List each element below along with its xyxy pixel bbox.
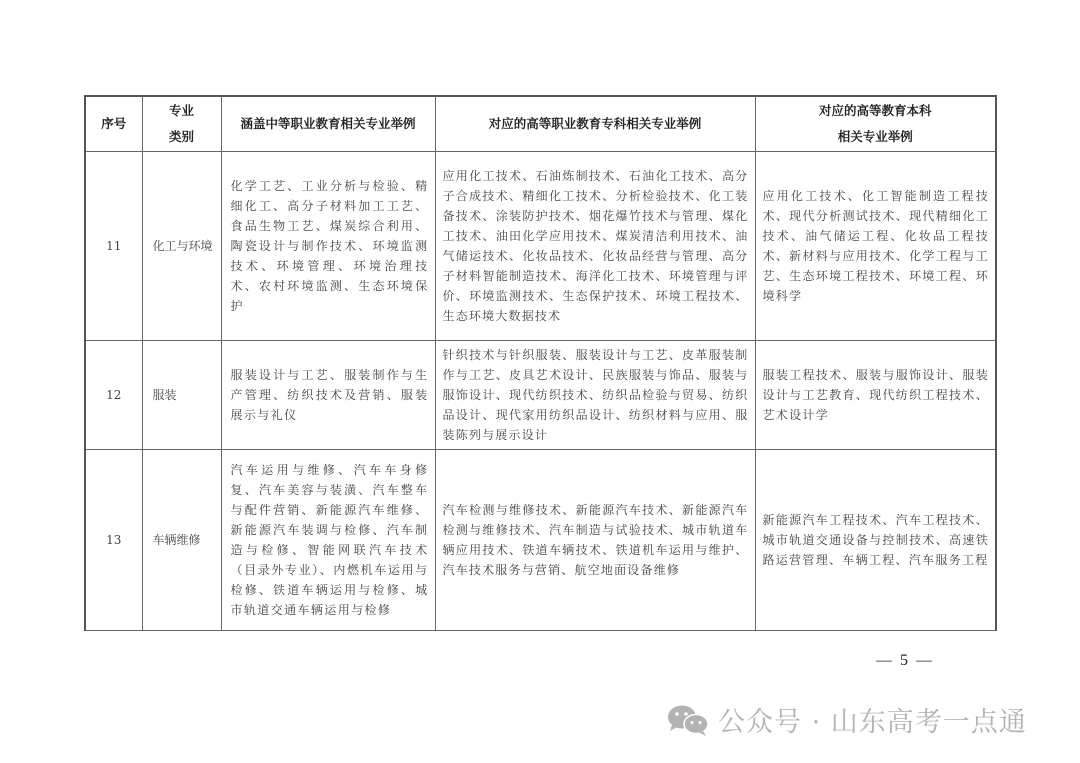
header-secondary: 涵盖中等职业教育相关专业举例: [221, 96, 435, 151]
table-row: 11 化工与环境 化学工艺、工业分析与检验、精细化工、高分子材料加工工艺、食品生…: [85, 151, 996, 340]
header-category: 专业 类别: [142, 96, 221, 151]
row-higher-vocational-majors: 汽车检测与维修技术、新能源汽车技术、新能源汽车检测与维修技术、汽车制造与试验技术…: [435, 449, 755, 630]
header-no: 序号: [85, 96, 142, 151]
row-category: 化工与环境: [142, 151, 221, 340]
row-category: 车辆维修: [142, 449, 221, 630]
header-bachelor-line1: 对应的高等教育本科: [756, 98, 996, 124]
row-bachelor-majors: 服装工程技术、服装与服饰设计、服装设计与工艺教育、现代纺织工程技术、艺术设计学: [755, 340, 996, 449]
header-higher-vocational: 对应的高等职业教育专科相关专业举例: [435, 96, 755, 151]
header-category-line1: 专业: [143, 98, 221, 124]
row-no: 12: [85, 340, 142, 449]
table-row: 13 车辆维修 汽车运用与维修、汽车车身修复、汽车美容与装潢、汽车整车与配件营销…: [85, 449, 996, 630]
row-category: 服装: [142, 340, 221, 449]
majors-table: 序号 专业 类别 涵盖中等职业教育相关专业举例 对应的高等职业教育专科相关专业举…: [84, 95, 997, 631]
row-higher-vocational-majors: 应用化工技术、石油炼制技术、石油化工技术、高分子合成技术、精细化工技术、分析检验…: [435, 151, 755, 340]
row-no: 13: [85, 449, 142, 630]
row-higher-vocational-majors: 针织技术与针织服装、服装设计与工艺、皮革服装制作与工艺、皮具艺术设计、民族服装与…: [435, 340, 755, 449]
row-secondary-majors: 化学工艺、工业分析与检验、精细化工、高分子材料加工工艺、食品生物工艺、煤炭综合利…: [221, 151, 435, 340]
wechat-icon: [666, 703, 710, 737]
header-bachelor-line2: 相关专业举例: [756, 124, 996, 150]
table-header-row: 序号 专业 类别 涵盖中等职业教育相关专业举例 对应的高等职业教育专科相关专业举…: [85, 96, 996, 151]
table-row: 12 服装 服装设计与工艺、服装制作与生产管理、纺织技术及营销、服装展示与礼仪 …: [85, 340, 996, 449]
row-no: 11: [85, 151, 142, 340]
watermark-text: 公众号 · 山东高考一点通: [718, 700, 1027, 739]
header-bachelor: 对应的高等教育本科 相关专业举例: [755, 96, 996, 151]
page-number: — 5 —: [876, 652, 934, 670]
row-secondary-majors: 服装设计与工艺、服装制作与生产管理、纺织技术及营销、服装展示与礼仪: [221, 340, 435, 449]
watermark: 公众号 · 山东高考一点通: [666, 700, 1027, 739]
row-bachelor-majors: 应用化工技术、化工智能制造工程技术、现代分析测试技术、现代精细化工技术、油气储运…: [755, 151, 996, 340]
row-bachelor-majors: 新能源汽车工程技术、汽车工程技术、城市轨道交通设备与控制技术、高速铁路运营管理、…: [755, 449, 996, 630]
header-category-line2: 类别: [143, 124, 221, 150]
row-secondary-majors: 汽车运用与维修、汽车车身修复、汽车美容与装潢、汽车整车与配件营销、新能源汽车维修…: [221, 449, 435, 630]
